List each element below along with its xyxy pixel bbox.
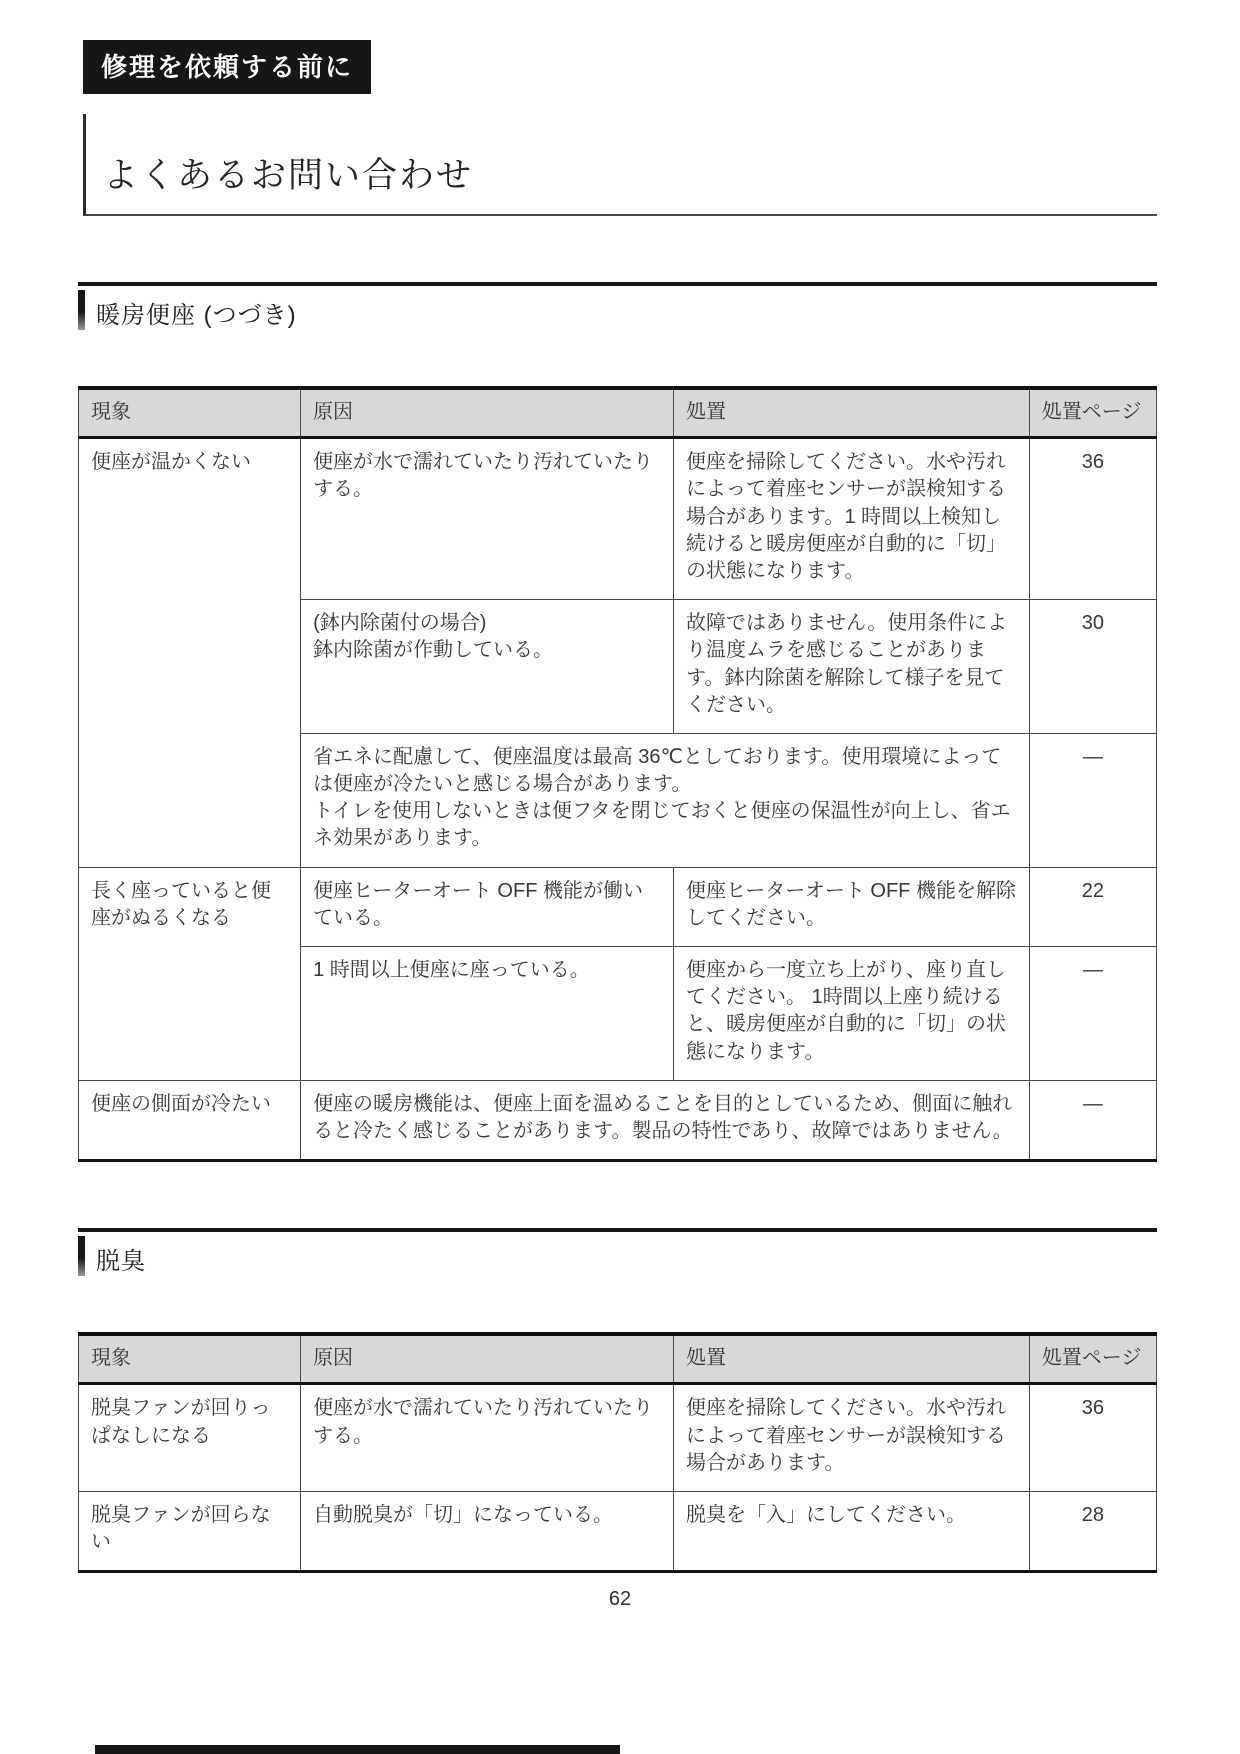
phenomenon-cell: 脱臭ファンが回りっぱなしになる	[79, 1384, 301, 1492]
table-row: 脱臭ファンが回りっぱなしになる便座が水で濡れていたり汚れていたりする。便座を掃除…	[79, 1384, 1157, 1492]
section: 暖房便座 (つづき)現象原因処置処置ページ便座が温かくない便座が水で濡れていたり…	[78, 282, 1157, 1162]
column-header-page: 処置ページ	[1029, 1334, 1156, 1384]
table-row: 便座が温かくない便座が水で濡れていたり汚れていたりする。便座を掃除してください。…	[79, 438, 1157, 600]
column-header-action: 処置	[674, 388, 1030, 438]
table-head: 現象原因処置処置ページ	[79, 1334, 1157, 1384]
page-ref-cell: —	[1029, 733, 1156, 867]
page-number: 62	[0, 1588, 1240, 1611]
column-header-cause: 原因	[301, 388, 674, 438]
note-cell: 便座の暖房機能は、便座上面を温めることを目的としているため、側面に触れると冷たく…	[301, 1080, 1030, 1160]
header-row: 現象原因処置処置ページ	[79, 388, 1157, 438]
action-cell: 故障ではありません。使用条件により温度ムラを感じることがあります。鉢内除菌を解除…	[674, 600, 1030, 734]
table-body: 脱臭ファンが回りっぱなしになる便座が水で濡れていたり汚れていたりする。便座を掃除…	[79, 1384, 1157, 1572]
phenomenon-cell: 脱臭ファンが回らない	[79, 1491, 301, 1571]
page-ref-cell: 36	[1029, 438, 1156, 600]
page-ref-cell: 30	[1029, 600, 1156, 734]
column-header-phenomenon: 現象	[79, 388, 301, 438]
cause-cell: 1 時間以上便座に座っている。	[301, 947, 674, 1081]
manual-page: 修理を依頼する前に よくあるお問い合わせ 暖房便座 (つづき)現象原因処置処置ペ…	[0, 0, 1240, 1754]
column-header-cause: 原因	[301, 1334, 674, 1384]
page-title: よくあるお問い合わせ	[103, 148, 1157, 198]
cause-cell: 便座が水で濡れていたり汚れていたりする。	[301, 1384, 674, 1492]
section-heading-label: 暖房便座 (つづき)	[96, 290, 297, 330]
column-header-page: 処置ページ	[1029, 388, 1156, 438]
page-ref-cell: 36	[1029, 1384, 1156, 1492]
section-heading-bar-icon	[78, 290, 85, 330]
cause-cell: (鉢内除菌付の場合) 鉢内除菌が作動している。	[301, 600, 674, 734]
table-row: 脱臭ファンが回らない自動脱臭が「切」になっている。脱臭を「入」にしてください。2…	[79, 1491, 1157, 1571]
phenomenon-cell: 便座が温かくない	[79, 438, 301, 867]
action-cell: 脱臭を「入」にしてください。	[674, 1491, 1030, 1571]
title-block: よくあるお問い合わせ	[83, 114, 1157, 216]
cause-cell: 自動脱臭が「切」になっている。	[301, 1491, 674, 1571]
action-cell: 便座から一度立ち上がり、座り直してください。 1時間以上座り続けると、暖房便座が…	[674, 947, 1030, 1081]
chapter-tab: 修理を依頼する前に	[83, 40, 371, 94]
table-row: 便座の側面が冷たい便座の暖房機能は、便座上面を温めることを目的としているため、側…	[79, 1080, 1157, 1160]
action-cell: 便座を掃除してください。水や汚れによって着座センサーが誤検知する場合があります。…	[674, 438, 1030, 600]
section-heading: 脱臭	[78, 1228, 1157, 1276]
column-header-phenomenon: 現象	[79, 1334, 301, 1384]
column-header-action: 処置	[674, 1334, 1030, 1384]
troubleshooting-table: 現象原因処置処置ページ便座が温かくない便座が水で濡れていたり汚れていたりする。便…	[78, 386, 1157, 1162]
bottom-tab-marker	[95, 1745, 620, 1754]
page-ref-cell: —	[1029, 1080, 1156, 1160]
header-row: 現象原因処置処置ページ	[79, 1334, 1157, 1384]
phenomenon-cell: 便座の側面が冷たい	[79, 1080, 301, 1160]
table-row: 長く座っていると便座がぬるくなる便座ヒーターオート OFF 機能が働いている。便…	[79, 867, 1157, 946]
troubleshooting-table: 現象原因処置処置ページ脱臭ファンが回りっぱなしになる便座が水で濡れていたり汚れて…	[78, 1332, 1157, 1573]
table-body: 便座が温かくない便座が水で濡れていたり汚れていたりする。便座を掃除してください。…	[79, 438, 1157, 1161]
section: 脱臭現象原因処置処置ページ脱臭ファンが回りっぱなしになる便座が水で濡れていたり汚…	[78, 1228, 1157, 1573]
page-content: 修理を依頼する前に よくあるお問い合わせ 暖房便座 (つづき)現象原因処置処置ペ…	[78, 40, 1157, 1573]
page-ref-cell: 22	[1029, 867, 1156, 946]
phenomenon-cell: 長く座っていると便座がぬるくなる	[79, 867, 301, 1080]
note-cell: 省エネに配慮して、便座温度は最高 36℃としております。使用環境によっては便座が…	[301, 733, 1030, 867]
page-ref-cell: 28	[1029, 1491, 1156, 1571]
action-cell: 便座を掃除してください。水や汚れによって着座センサーが誤検知する場合があります。	[674, 1384, 1030, 1492]
table-head: 現象原因処置処置ページ	[79, 388, 1157, 438]
action-cell: 便座ヒーターオート OFF 機能を解除してください。	[674, 867, 1030, 946]
sections-container: 暖房便座 (つづき)現象原因処置処置ページ便座が温かくない便座が水で濡れていたり…	[78, 282, 1157, 1573]
chapter-tab-label: 修理を依頼する前に	[101, 52, 353, 82]
section-heading-label: 脱臭	[96, 1236, 146, 1276]
cause-cell: 便座ヒーターオート OFF 機能が働いている。	[301, 867, 674, 946]
page-ref-cell: —	[1029, 947, 1156, 1081]
cause-cell: 便座が水で濡れていたり汚れていたりする。	[301, 438, 674, 600]
section-heading: 暖房便座 (つづき)	[78, 282, 1157, 330]
section-heading-bar-icon	[78, 1236, 85, 1276]
